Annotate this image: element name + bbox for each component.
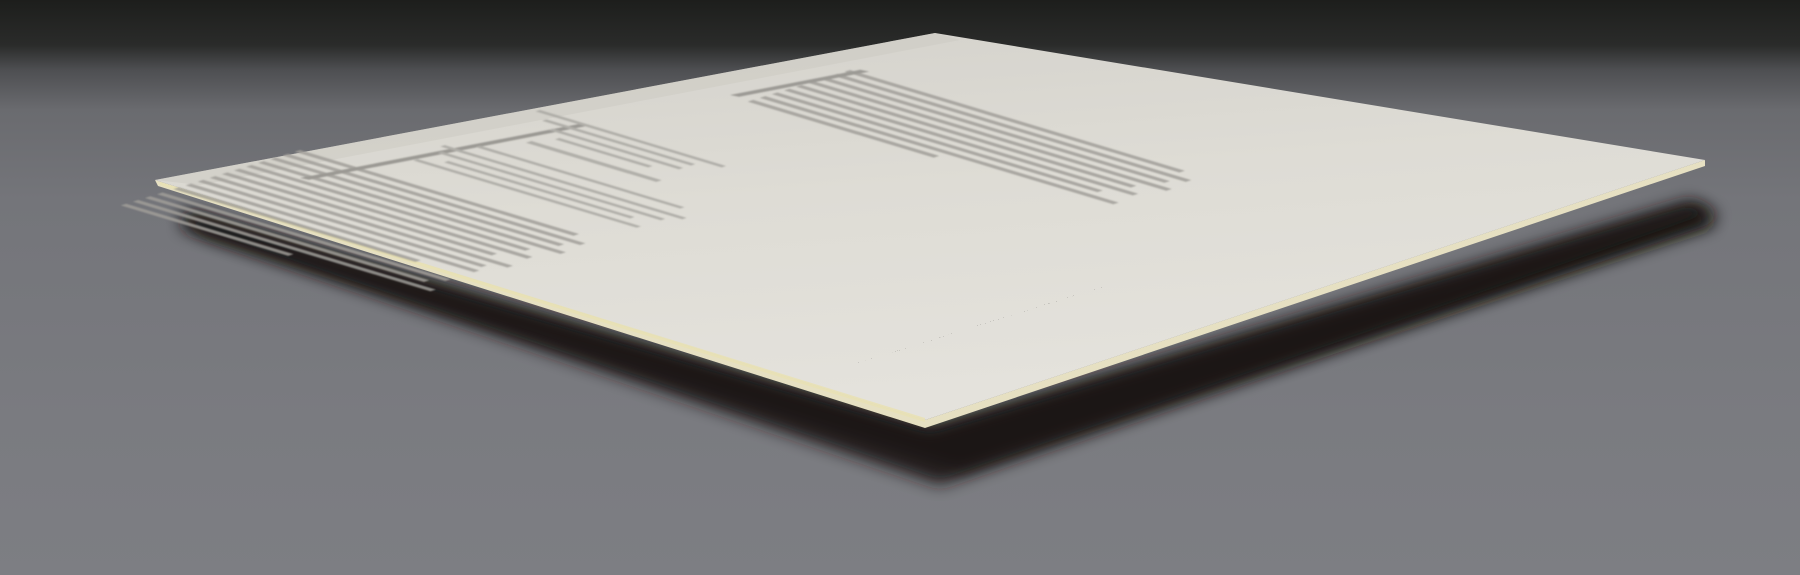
record-sleeve-photo: МЕЛОДИЯ — [0, 0, 1800, 575]
sleeve-face — [155, 33, 1705, 420]
photo-scene: МЕЛОДИЯ — [0, 0, 1800, 575]
